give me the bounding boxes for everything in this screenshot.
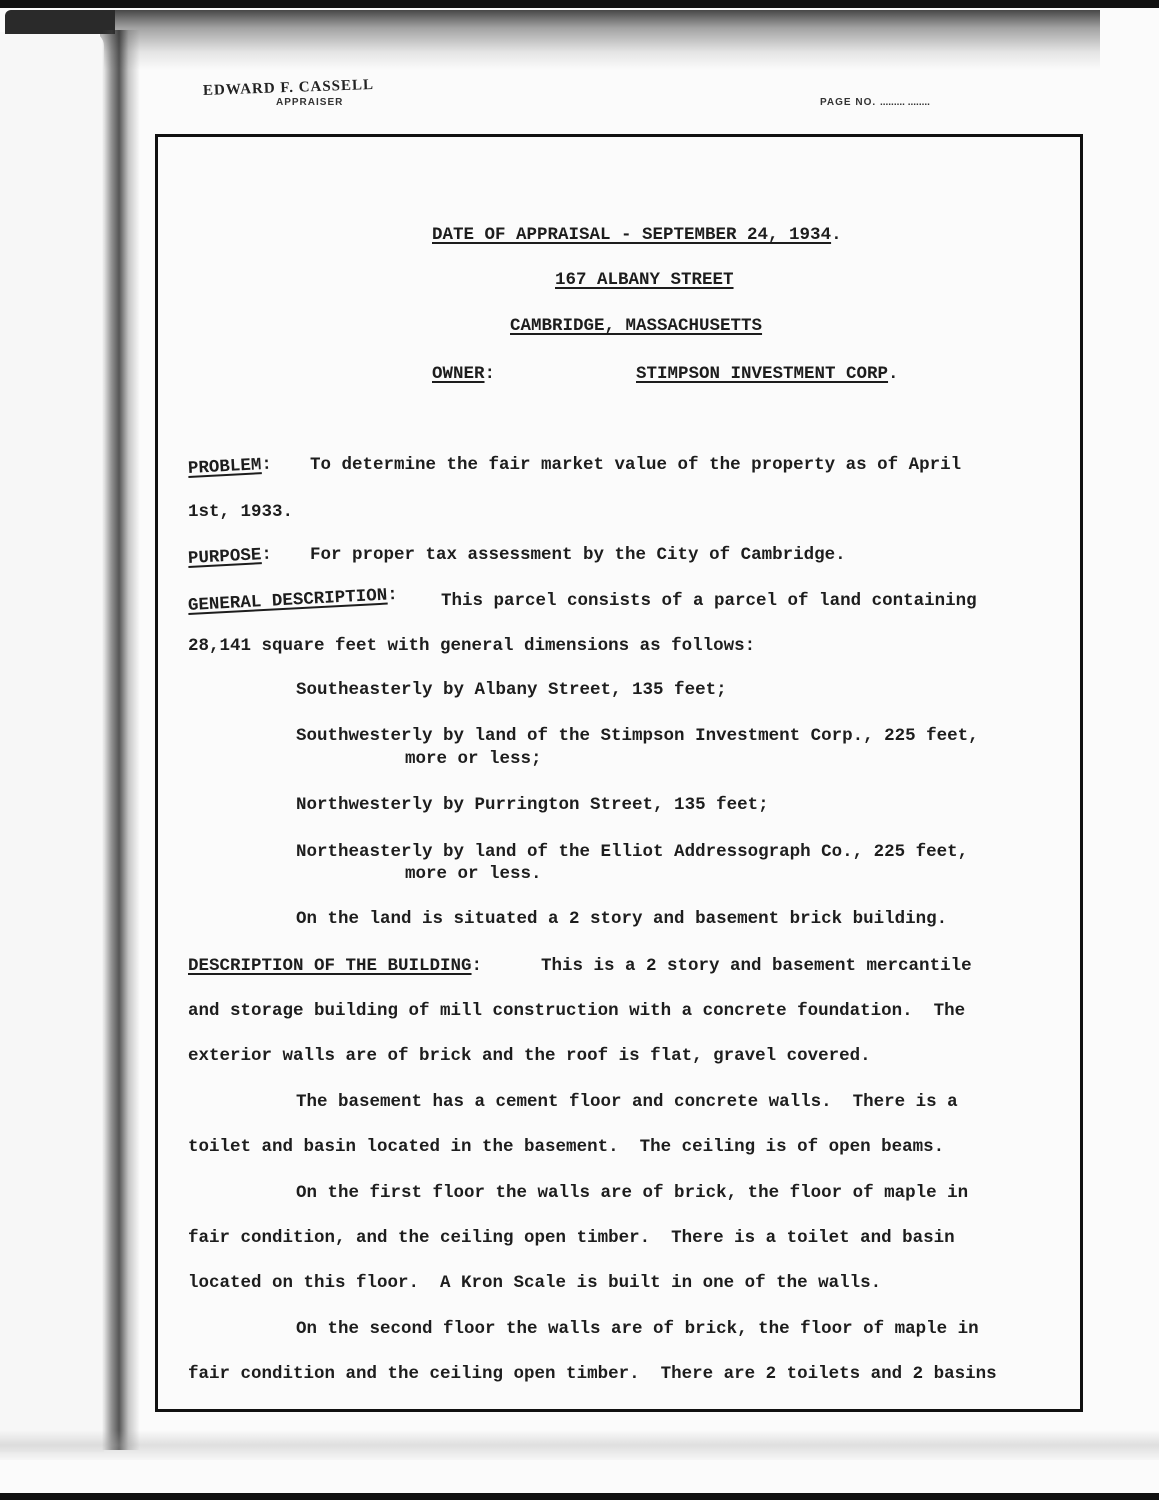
building-line-10: fair condition and the ceiling open timb… — [188, 1364, 997, 1384]
problem-colon: : — [261, 455, 273, 476]
scan-bottom-smudge — [0, 1430, 1159, 1460]
boundary-southwest-cont: more or less; — [405, 749, 542, 769]
building-line-6: On the first floor the walls are of bric… — [296, 1183, 968, 1203]
appraisal-date: DATE OF APPRAISAL - SEPTEMBER 24, 1934. — [432, 225, 842, 245]
scan-corner-shadow — [5, 10, 115, 34]
property-city: CAMBRIDGE, MASSACHUSETTS — [510, 316, 762, 336]
appraisal-date-text: DATE OF APPRAISAL - SEPTEMBER 24, 1934 — [432, 225, 831, 245]
general-description-closing: On the land is situated a 2 story and ba… — [296, 909, 947, 929]
page-number-field: PAGE NO. ......... ........ — [820, 97, 930, 108]
property-address: 167 ALBANY STREET — [555, 270, 734, 290]
letterhead-title: APPRAISER — [276, 97, 343, 108]
purpose-colon: : — [261, 545, 273, 566]
page-number-blank: ......... ........ — [880, 97, 930, 108]
boundary-northeast: Northeasterly by land of the Elliot Addr… — [296, 842, 968, 862]
scan-top-edge — [0, 0, 1159, 8]
general-description-line-1: This parcel consists of a parcel of land… — [441, 591, 977, 611]
general-description-line-2: 28,141 square feet with general dimensio… — [188, 636, 755, 656]
building-line-3: exterior walls are of brick and the roof… — [188, 1046, 871, 1066]
building-line-8: located on this floor. A Kron Scale is b… — [188, 1273, 881, 1293]
building-line-4: The basement has a cement floor and conc… — [296, 1092, 958, 1112]
building-description-colon: : — [472, 956, 483, 976]
building-line-1: This is a 2 story and basement mercantil… — [541, 956, 972, 976]
problem-line-1: To determine the fair market value of th… — [310, 455, 961, 475]
building-description-label-text: DESCRIPTION OF THE BUILDING — [188, 956, 472, 976]
general-description-colon: : — [387, 585, 399, 606]
owner-label: OWNER: — [432, 364, 495, 384]
facing-page-edge — [0, 32, 104, 1452]
owner-period: . — [888, 364, 899, 384]
problem-label-text: PROBLEM — [187, 455, 261, 479]
building-line-7: fair condition, and the ceiling open tim… — [188, 1228, 955, 1248]
purpose-label-text: PURPOSE — [187, 545, 261, 569]
boundary-southeast: Southeasterly by Albany Street, 135 feet… — [296, 680, 727, 700]
owner-colon: : — [485, 364, 496, 384]
appraisal-date-period: . — [831, 225, 842, 245]
building-line-9: On the second floor the walls are of bri… — [296, 1319, 979, 1339]
boundary-northwest: Northwesterly by Purrington Street, 135 … — [296, 795, 769, 815]
building-description-label: DESCRIPTION OF THE BUILDING: — [188, 956, 482, 976]
building-line-5: toilet and basin located in the basement… — [188, 1137, 944, 1157]
scan-shadow — [100, 10, 1100, 70]
owner-value: STIMPSON INVESTMENT CORP. — [636, 364, 899, 384]
boundary-northeast-cont: more or less. — [405, 864, 542, 884]
boundary-southwest: Southwesterly by land of the Stimpson In… — [296, 726, 979, 746]
purpose-text: For proper tax assessment by the City of… — [310, 545, 846, 565]
building-line-2: and storage building of mill constructio… — [188, 1001, 965, 1021]
page-number-label: PAGE NO. — [820, 97, 876, 108]
owner-label-text: OWNER — [432, 364, 485, 384]
scan-bottom-edge — [0, 1493, 1159, 1500]
binding-spine-shadow — [102, 30, 140, 1450]
problem-line-2: 1st, 1933. — [188, 502, 293, 522]
owner-value-text: STIMPSON INVESTMENT CORP — [636, 364, 888, 384]
